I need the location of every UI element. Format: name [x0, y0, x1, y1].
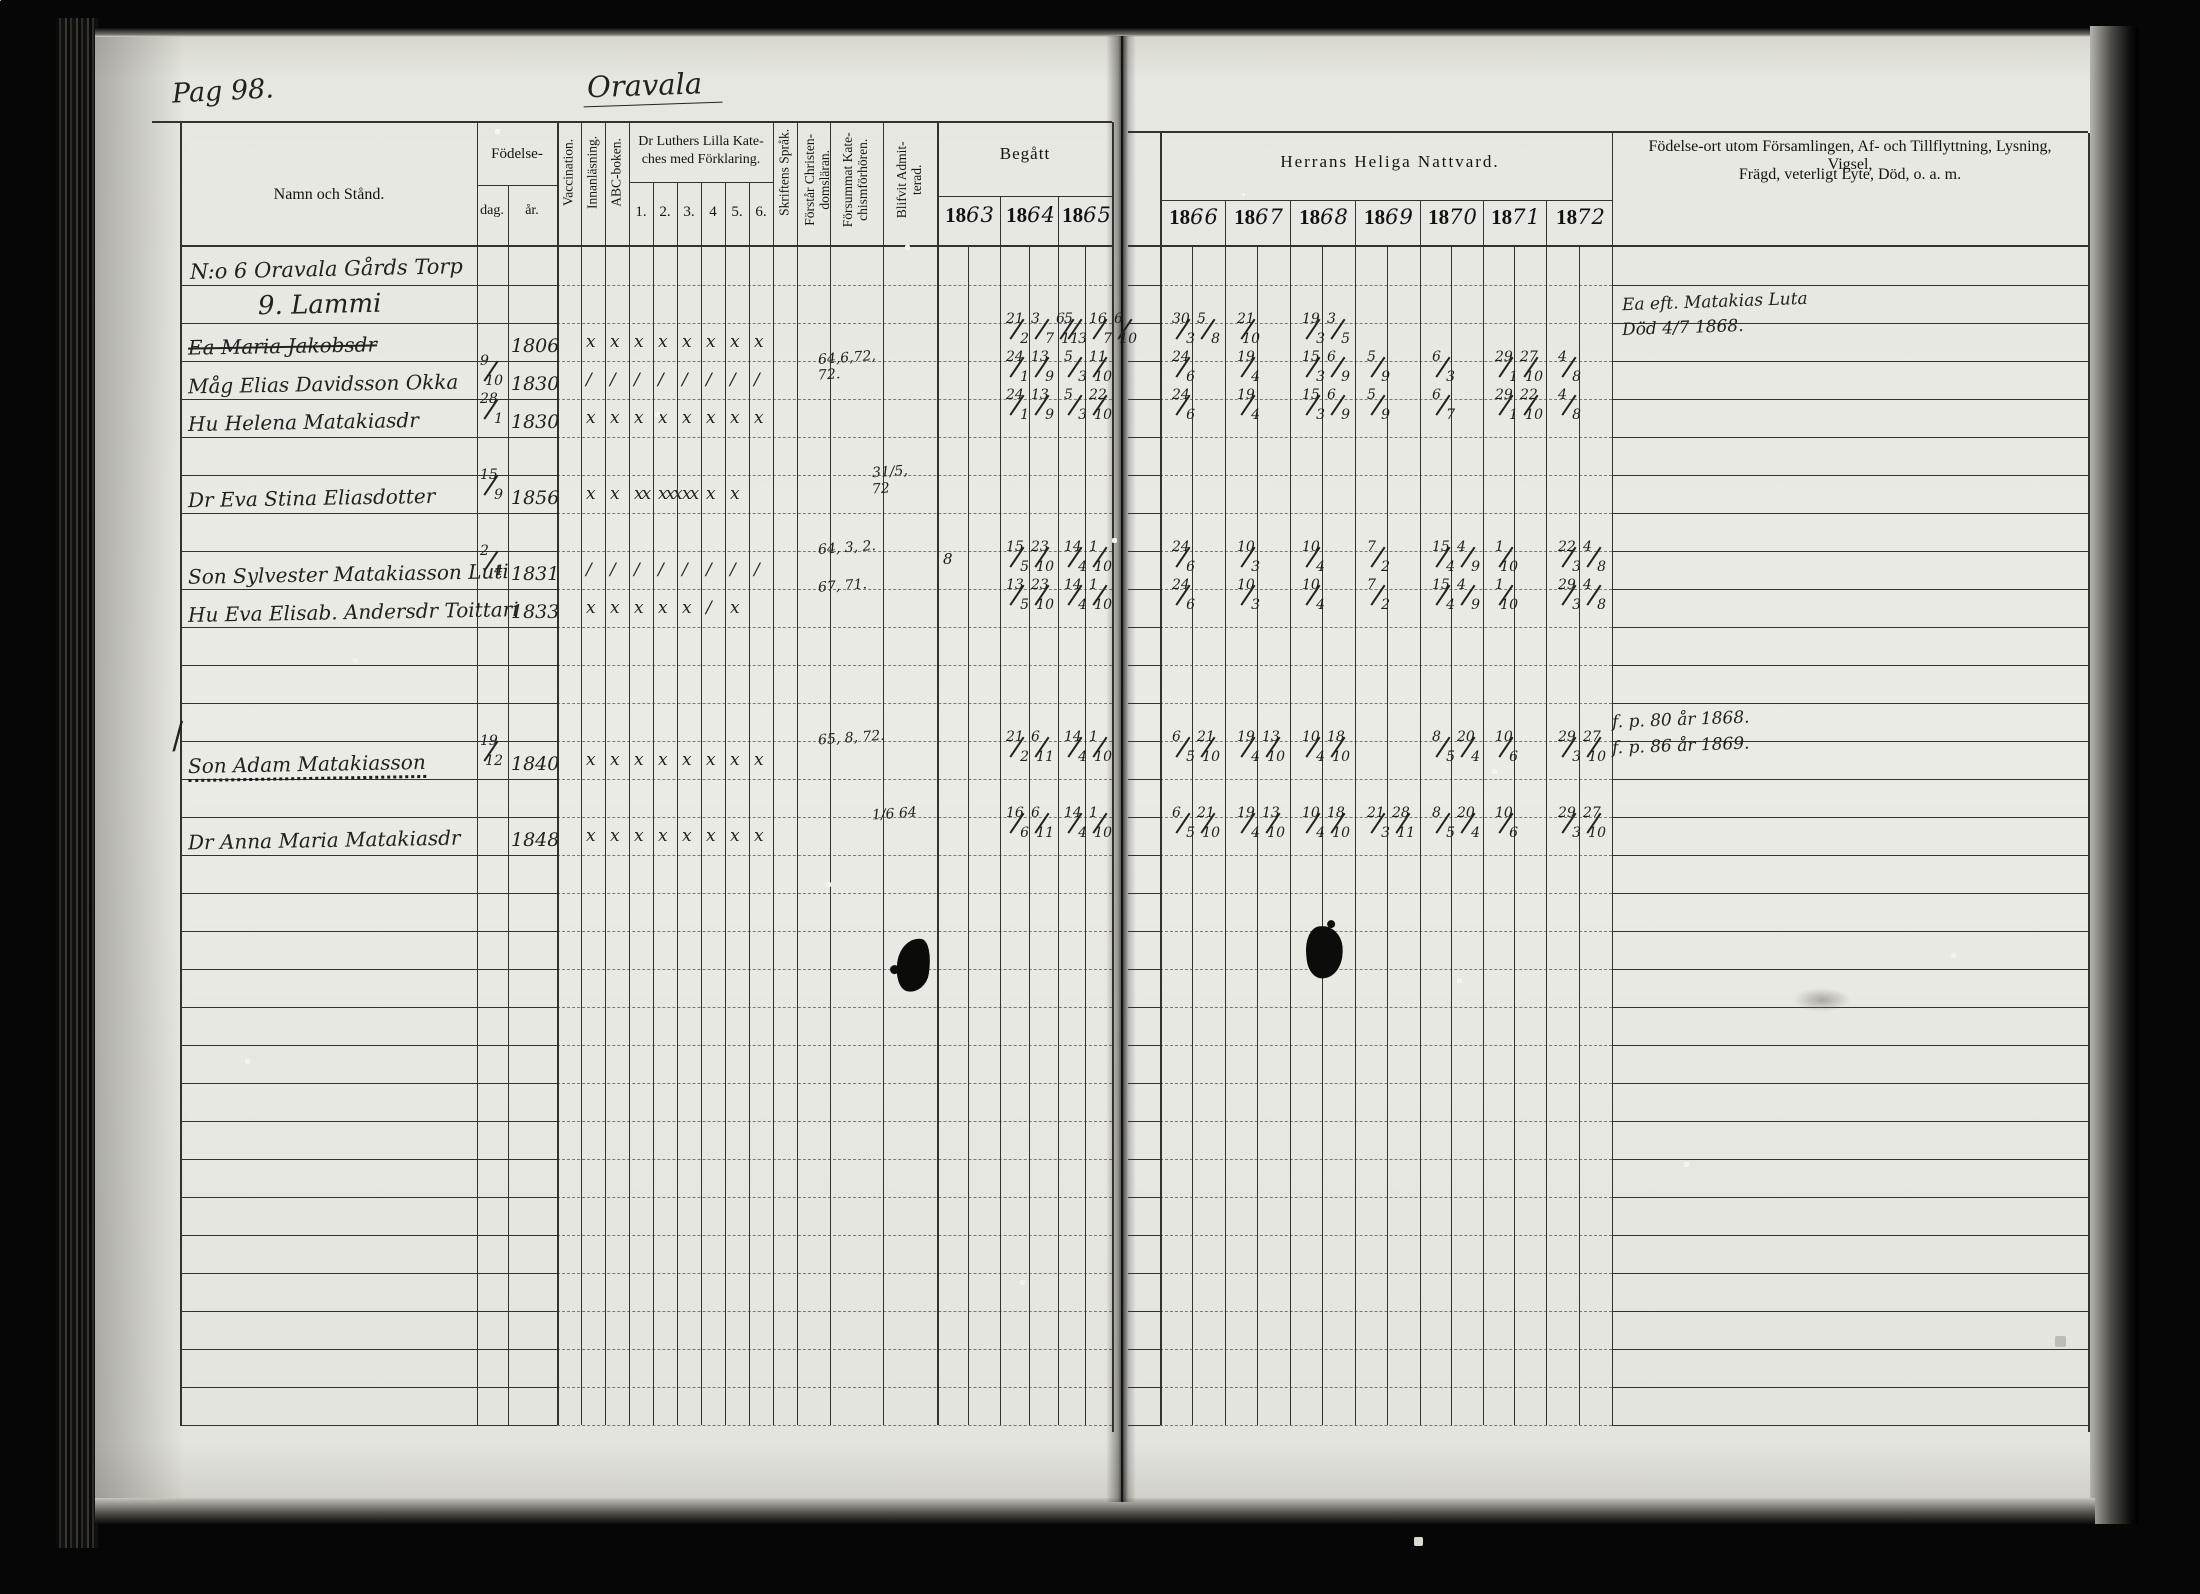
catechism-number-label: 5. — [725, 204, 749, 221]
fraction-denominator: 9 — [1341, 370, 1350, 384]
fraction-denominator: 7 — [1103, 332, 1112, 346]
fraction-denominator: 4 — [1446, 598, 1455, 612]
date-fraction: 153 — [1302, 391, 1323, 419]
fraction-numerator: 15 — [1432, 540, 1450, 554]
date-fraction: 1810 — [1327, 809, 1348, 837]
admit-note: 72 — [871, 480, 890, 497]
catechism-mark: x — [586, 598, 594, 618]
date-fraction: 212 — [1006, 315, 1027, 343]
row-line-dashed — [557, 1425, 1112, 1426]
fraction-denominator: 6 — [1020, 826, 1029, 840]
date-fraction: 85 — [1432, 733, 1453, 761]
date-fraction: 144 — [1064, 543, 1085, 571]
year-printed-prefix: 18 — [1299, 205, 1320, 229]
communion-date-cell: 15369 — [1302, 391, 1352, 419]
row-line-dashed — [1160, 437, 1612, 438]
date-fraction: 135 — [1006, 581, 1027, 609]
fraction-numerator: 21 — [1237, 312, 1255, 326]
row-line — [1128, 437, 1160, 438]
fraction-numerator: 19 — [1237, 388, 1255, 402]
fraction-numerator: 15 — [1432, 578, 1450, 592]
grid-vertical-line — [1546, 201, 1547, 1425]
grid-vertical-line — [883, 122, 884, 1425]
fraction-numerator: 3 — [1031, 312, 1040, 326]
row-line-dashed — [1160, 779, 1612, 780]
column-header-begatt: Begått — [940, 144, 1110, 164]
fraction-numerator: 6 — [1432, 388, 1441, 402]
grid-vertical-line — [968, 247, 969, 1425]
row-line — [180, 1083, 557, 1084]
year-script-suffix: 64 — [1027, 203, 1056, 227]
row-line — [1612, 1387, 2088, 1388]
fraction-denominator: 9 — [1381, 408, 1390, 422]
catechism-mark: xx — [682, 484, 697, 504]
fraction-denominator: 7 — [1446, 408, 1455, 422]
year-script-suffix: 63 — [966, 203, 995, 227]
fraction-denominator: 10 — [1267, 750, 1285, 764]
column-header-annotations-line2: Frägd, veterligt Lyte, Död, o. a. m. — [1625, 166, 2075, 184]
birth-year: 1848 — [511, 829, 559, 851]
communion-date-cell: 110 — [1495, 543, 1520, 571]
grid-vertical-line — [830, 122, 831, 1425]
date-fraction: 104 — [1302, 809, 1323, 837]
date-fraction: 144 — [1064, 581, 1085, 609]
fraction-numerator: 5 — [1367, 350, 1376, 364]
date-fraction: 139 — [1031, 353, 1052, 381]
column-header-understands: Förstår Christen- domsläran. — [803, 125, 833, 235]
communion-date-cell: 48 — [1558, 353, 1583, 381]
date-fraction: 103 — [1237, 543, 1258, 571]
communion-date-cell: 246 — [1172, 391, 1197, 419]
column-header-admitted: Blifvit Admit- terad. — [895, 125, 925, 235]
date-fraction: 58 — [1197, 315, 1218, 343]
column-header-vaccination: Vaccination. — [562, 117, 577, 227]
grid-vertical-line — [1420, 201, 1421, 1425]
year-label: 1871 — [1486, 205, 1546, 230]
fraction-numerator: 15 — [1302, 350, 1320, 364]
catechism-mark: x — [706, 332, 714, 352]
grid-vertical-line — [1355, 201, 1356, 1425]
date-fraction: 144 — [1064, 809, 1085, 837]
column-header-birth-year: år. — [512, 203, 552, 219]
date-fraction: 110 — [1495, 581, 1516, 609]
fraction-denominator: 5 — [1446, 750, 1455, 764]
date-fraction: 2710 — [1520, 353, 1541, 381]
date-fraction: 65 — [1172, 809, 1193, 837]
row-line — [180, 893, 557, 894]
fraction-numerator: 13 — [1031, 388, 1049, 402]
date-fraction: 53 — [1064, 391, 1085, 419]
year-printed-prefix: 18 — [1428, 205, 1449, 229]
catechism-mark: / — [730, 560, 734, 580]
catechism-mark: x — [754, 408, 762, 428]
fraction-numerator: 19 — [1237, 730, 1255, 744]
communion-date-cell: 110 — [1495, 581, 1520, 609]
row-line-dashed — [1160, 1235, 1612, 1236]
catechism-number-label: 3. — [677, 204, 701, 221]
column-header-birth-day: dag. — [474, 203, 510, 219]
year-printed-prefix: 18 — [1491, 205, 1512, 229]
fraction-denominator: 10 — [485, 374, 503, 388]
fraction-denominator: 10 — [1036, 560, 1054, 574]
fraction-numerator: 21 — [1006, 730, 1024, 744]
row-line — [180, 1121, 557, 1122]
fraction-numerator: 20 — [1457, 730, 1475, 744]
date-fraction: 303 — [1172, 315, 1193, 343]
catechism-number-label: 2. — [653, 204, 677, 221]
row-line-dashed — [557, 1349, 1112, 1350]
fraction-denominator: 1 — [1509, 408, 1518, 422]
column-header-communion: Herrans Heliga Nattvard. — [1190, 152, 1590, 172]
year-label: 1866 — [1164, 205, 1224, 230]
row-line — [1128, 931, 1160, 932]
catechism-mark: / — [658, 560, 662, 580]
fraction-denominator: 2 — [1020, 332, 1029, 346]
communion-date-cell: 166611 — [1006, 809, 1056, 837]
year-script-suffix: 65 — [1083, 203, 1112, 227]
fraction-denominator: 10 — [1525, 408, 1543, 422]
catechism-mark: x — [610, 408, 618, 428]
fraction-numerator: 6 — [1172, 806, 1181, 820]
birth-day: 910 — [480, 357, 505, 385]
date-fraction: 48 — [1583, 581, 1604, 609]
fraction-denominator: 9 — [1341, 408, 1350, 422]
row-line — [180, 1273, 557, 1274]
row-line — [1128, 589, 1160, 590]
grid-vertical-line — [677, 183, 678, 1425]
fraction-numerator: 10 — [1237, 578, 1255, 592]
row-line-dashed — [1160, 1083, 1612, 1084]
row-line — [1612, 1273, 2088, 1274]
fraction-denominator: 11 — [1036, 826, 1054, 840]
grid-vertical-line — [797, 122, 798, 1425]
fraction-denominator: 3 — [1078, 408, 1087, 422]
grid-vertical-line — [937, 122, 939, 1425]
row-line-dashed — [557, 437, 1112, 438]
date-fraction: 24 — [480, 547, 501, 575]
fraction-numerator: 6 — [1172, 730, 1181, 744]
fraction-denominator: 10 — [1094, 408, 1112, 422]
row-line-dashed — [557, 855, 1112, 856]
row-line — [1612, 399, 2088, 400]
row-line-dashed — [557, 1083, 1112, 1084]
page-title: Oravala — [582, 66, 722, 108]
date-fraction: 139 — [1031, 391, 1052, 419]
year-script-suffix: 68 — [1320, 205, 1349, 229]
date-fraction: 154 — [1432, 543, 1453, 571]
row-line — [1128, 855, 1160, 856]
admit-note: 67, 71. — [818, 576, 868, 595]
row-line-dashed — [1160, 665, 1612, 666]
row-line — [1612, 779, 2088, 780]
communion-date-cell: 144110 — [1064, 733, 1114, 761]
row-line — [1612, 665, 2088, 666]
fraction-numerator: 16 — [1006, 806, 1024, 820]
communion-date-cell: 531110 — [1064, 353, 1114, 381]
catechism-mark: x — [706, 826, 714, 846]
fraction-numerator: 24 — [1172, 388, 1190, 402]
date-fraction: 611 — [1031, 809, 1052, 837]
catechism-mark: x — [730, 750, 738, 770]
fraction-denominator: 6 — [1186, 370, 1195, 384]
grid-vertical-line — [1058, 197, 1059, 1425]
catechism-mark: x — [730, 484, 738, 504]
fraction-numerator: 1 — [1089, 730, 1098, 744]
row-line — [180, 1045, 557, 1046]
communion-date-cell: 212611 — [1006, 733, 1056, 761]
row-line — [180, 1007, 557, 1008]
row-line — [1128, 1311, 1160, 1312]
grid-vertical-line — [701, 183, 702, 1425]
fraction-denominator: 4 — [1251, 408, 1260, 422]
fraction-numerator: 19 — [1237, 806, 1255, 820]
date-fraction: 2310 — [1031, 581, 1052, 609]
row-line — [1128, 285, 1160, 286]
row-line — [1612, 1425, 2088, 1426]
date-fraction: 281 — [480, 395, 501, 423]
row-line-dashed — [557, 779, 1112, 780]
date-fraction: 2310 — [1031, 543, 1052, 571]
row-line — [1128, 969, 1160, 970]
catechism-mark: x — [682, 826, 690, 846]
fraction-numerator: 13 — [1262, 730, 1280, 744]
fraction-numerator: 19 — [1237, 350, 1255, 364]
fraction-denominator: 4 — [1251, 826, 1260, 840]
row-line-dashed — [1160, 1387, 1612, 1388]
catechism-mark: x — [658, 332, 666, 352]
date-fraction: 241 — [1006, 353, 1027, 381]
row-line — [1128, 475, 1160, 476]
fraction-numerator: 6 — [1031, 806, 1040, 820]
row-line-dashed — [1160, 741, 1612, 742]
date-fraction: 246 — [1172, 391, 1193, 419]
year-script-suffix: 71 — [1512, 205, 1541, 229]
communion-date-cell: 29348 — [1558, 581, 1608, 609]
fraction-numerator: 4 — [1583, 578, 1592, 592]
row-line-dashed — [557, 1311, 1112, 1312]
row-line — [180, 627, 557, 628]
date-fraction: 110 — [1089, 581, 1110, 609]
fraction-denominator: 4 — [1078, 750, 1087, 764]
row-line-dashed — [557, 285, 1112, 286]
communion-date-cell: 85204 — [1432, 733, 1482, 761]
communion-date-cell: 103 — [1237, 581, 1262, 609]
communion-date-cell: 194 — [1237, 353, 1262, 381]
admit-note: 72. — [817, 366, 840, 384]
fraction-denominator: 12 — [485, 754, 503, 768]
person-name: Måg Elias Davidsson Okka — [188, 370, 459, 399]
column-header-luther-catechism: Dr Luthers Lilla Kate- ches med Förklari… — [631, 133, 771, 168]
fraction-denominator: 4 — [1251, 370, 1260, 384]
catechism-mark: x — [658, 598, 666, 618]
fraction-denominator: 4 — [1316, 750, 1325, 764]
grid-horizontal-line — [152, 121, 1112, 123]
fraction-denominator: 1 — [1020, 408, 1029, 422]
catechism-mark: / — [754, 370, 758, 390]
birth-day: 159 — [480, 471, 505, 499]
fraction-denominator: 5 — [1186, 826, 1195, 840]
grid-vertical-line — [1483, 201, 1484, 1425]
catechism-mark: / — [754, 560, 758, 580]
fraction-numerator: 21 — [1006, 312, 1024, 326]
fraction-denominator: 2 — [1381, 598, 1390, 612]
row-line-dashed — [1160, 1349, 1612, 1350]
communion-date-cell: 652110 — [1172, 809, 1222, 837]
date-fraction: 204 — [1457, 733, 1478, 761]
year-printed-prefix: 18 — [1062, 203, 1083, 227]
fraction-denominator: 3 — [1572, 560, 1581, 574]
year-printed-prefix: 18 — [1556, 205, 1577, 229]
row-line — [1612, 931, 2088, 932]
communion-date-cell: 22348 — [1558, 543, 1608, 571]
catechism-mark: / — [730, 370, 734, 390]
fraction-numerator: 10 — [1302, 730, 1320, 744]
left-page-shadow — [95, 36, 185, 1502]
fraction-numerator: 19 — [1302, 312, 1320, 326]
date-fraction: 223 — [1558, 543, 1579, 571]
fraction-denominator: 9 — [494, 488, 503, 502]
fraction-numerator: 21 — [1367, 806, 1385, 820]
row-line — [1128, 1045, 1160, 1046]
grid-vertical-line — [1290, 201, 1291, 1425]
fraction-numerator: 29 — [1558, 730, 1576, 744]
date-fraction: 293 — [1558, 809, 1579, 837]
fraction-denominator: 3 — [1381, 826, 1390, 840]
date-fraction: 49 — [1457, 543, 1478, 571]
date-fraction: 110 — [1089, 543, 1110, 571]
row-line — [1612, 589, 2088, 590]
row-line-dashed — [1160, 703, 1612, 704]
row-line — [180, 285, 557, 286]
catechism-mark: / — [682, 560, 686, 580]
row-line — [180, 817, 557, 818]
birth-day: 24 — [480, 547, 505, 575]
communion-date-cell: 103 — [1237, 543, 1262, 571]
fraction-numerator: 20 — [1457, 806, 1475, 820]
fraction-denominator: 10 — [1094, 750, 1112, 764]
row-line — [180, 323, 557, 324]
fraction-denominator: 10 — [1119, 332, 1137, 346]
date-fraction: 2210 — [1089, 391, 1110, 419]
communion-date-cell: 2912710 — [1495, 353, 1545, 381]
date-fraction: 194 — [1237, 809, 1258, 837]
date-fraction: 293 — [1558, 581, 1579, 609]
fraction-numerator: 30 — [1172, 312, 1190, 326]
catechism-mark: x — [682, 598, 690, 618]
admit-note: 1/6 64 — [871, 804, 917, 823]
fraction-denominator: 10 — [1202, 750, 1220, 764]
year-label: 1868 — [1294, 205, 1354, 230]
catechism-mark: x — [682, 332, 690, 352]
fraction-numerator: 10 — [1302, 578, 1320, 592]
fraction-denominator: 4 — [1078, 826, 1087, 840]
row-line — [1128, 1349, 1160, 1350]
fraction-numerator: 24 — [1006, 388, 1024, 402]
fraction-denominator: 1 — [1020, 370, 1029, 384]
fraction-denominator: 2 — [1020, 750, 1029, 764]
fraction-numerator: 23 — [1031, 578, 1049, 592]
date-fraction: 2110 — [1197, 733, 1218, 761]
row-line-dashed — [557, 1387, 1112, 1388]
year-printed-prefix: 18 — [1364, 205, 1385, 229]
row-line — [1612, 1197, 2088, 1198]
row-line-dashed — [557, 1159, 1112, 1160]
row-line-dashed — [557, 931, 1112, 932]
fraction-denominator: 5 — [1446, 826, 1455, 840]
row-line — [180, 437, 557, 438]
birth-year: 1833 — [511, 601, 559, 623]
communion-date-cell: 2132811 — [1367, 809, 1417, 837]
fraction-denominator: 10 — [1094, 598, 1112, 612]
fraction-numerator: 6 — [1327, 388, 1336, 402]
fraction-numerator: 1 — [1495, 540, 1504, 554]
fraction-denominator: 3 — [1446, 370, 1455, 384]
date-fraction: 72 — [1367, 543, 1388, 571]
fraction-denominator: 10 — [1525, 370, 1543, 384]
catechism-mark: x — [706, 750, 714, 770]
catechism-mark: x — [634, 332, 642, 352]
communion-date-cell: 2932710 — [1558, 733, 1608, 761]
fraction-numerator: 10 — [1302, 806, 1320, 820]
fraction-denominator: 6 — [1509, 750, 1518, 764]
catechism-mark: x — [610, 484, 618, 504]
grid-horizontal-line — [1128, 131, 2088, 133]
fraction-denominator: 3 — [1251, 598, 1260, 612]
date-fraction: 72 — [1367, 581, 1388, 609]
date-fraction: 611 — [1031, 733, 1052, 761]
row-line — [1612, 1045, 2088, 1046]
fraction-numerator: 4 — [1558, 388, 1567, 402]
row-line-dashed — [1160, 855, 1612, 856]
fraction-denominator: 3 — [1078, 370, 1087, 384]
row-line — [1128, 665, 1160, 666]
fraction-numerator: 18 — [1327, 730, 1345, 744]
row-line — [1612, 1311, 2088, 1312]
fraction-numerator: 10 — [1495, 806, 1513, 820]
fraction-numerator: 27 — [1520, 350, 1538, 364]
page-number-label: Pag 98. — [171, 73, 274, 109]
catechism-mark: x — [658, 826, 666, 846]
catechism-number-label: 6. — [749, 204, 773, 221]
fraction-numerator: 22 — [1520, 388, 1538, 402]
date-fraction: 110 — [1089, 733, 1110, 761]
date-fraction: 69 — [1327, 391, 1348, 419]
fraction-numerator: 13 — [1031, 350, 1049, 364]
fraction-numerator: 27 — [1583, 806, 1601, 820]
fraction-numerator: 14 — [1064, 806, 1082, 820]
row-line — [180, 1159, 557, 1160]
row-line-dashed — [557, 969, 1112, 970]
row-line — [180, 1197, 557, 1198]
row-line — [180, 1387, 557, 1388]
communion-date-cell: 194 — [1237, 391, 1262, 419]
fraction-denominator: 10 — [1094, 826, 1112, 840]
year-label: 1870 — [1423, 205, 1483, 230]
year-script-suffix: 70 — [1449, 205, 1478, 229]
page-top-edge — [95, 28, 2095, 37]
row-line — [1612, 1121, 2088, 1122]
year-label: 1865 — [1059, 203, 1115, 228]
date-fraction: 2811 — [1392, 809, 1413, 837]
grid-horizontal-line — [937, 196, 1112, 197]
date-fraction: 194 — [1237, 353, 1258, 381]
person-name: Dr Eva Stina Eliasdotter — [188, 484, 436, 512]
fraction-denominator: 9 — [1045, 370, 1054, 384]
fraction-denominator: 5 — [1186, 750, 1195, 764]
year-printed-prefix: 18 — [1169, 205, 1190, 229]
fraction-denominator: 8 — [1597, 560, 1606, 574]
fraction-numerator: 7 — [1367, 540, 1376, 554]
